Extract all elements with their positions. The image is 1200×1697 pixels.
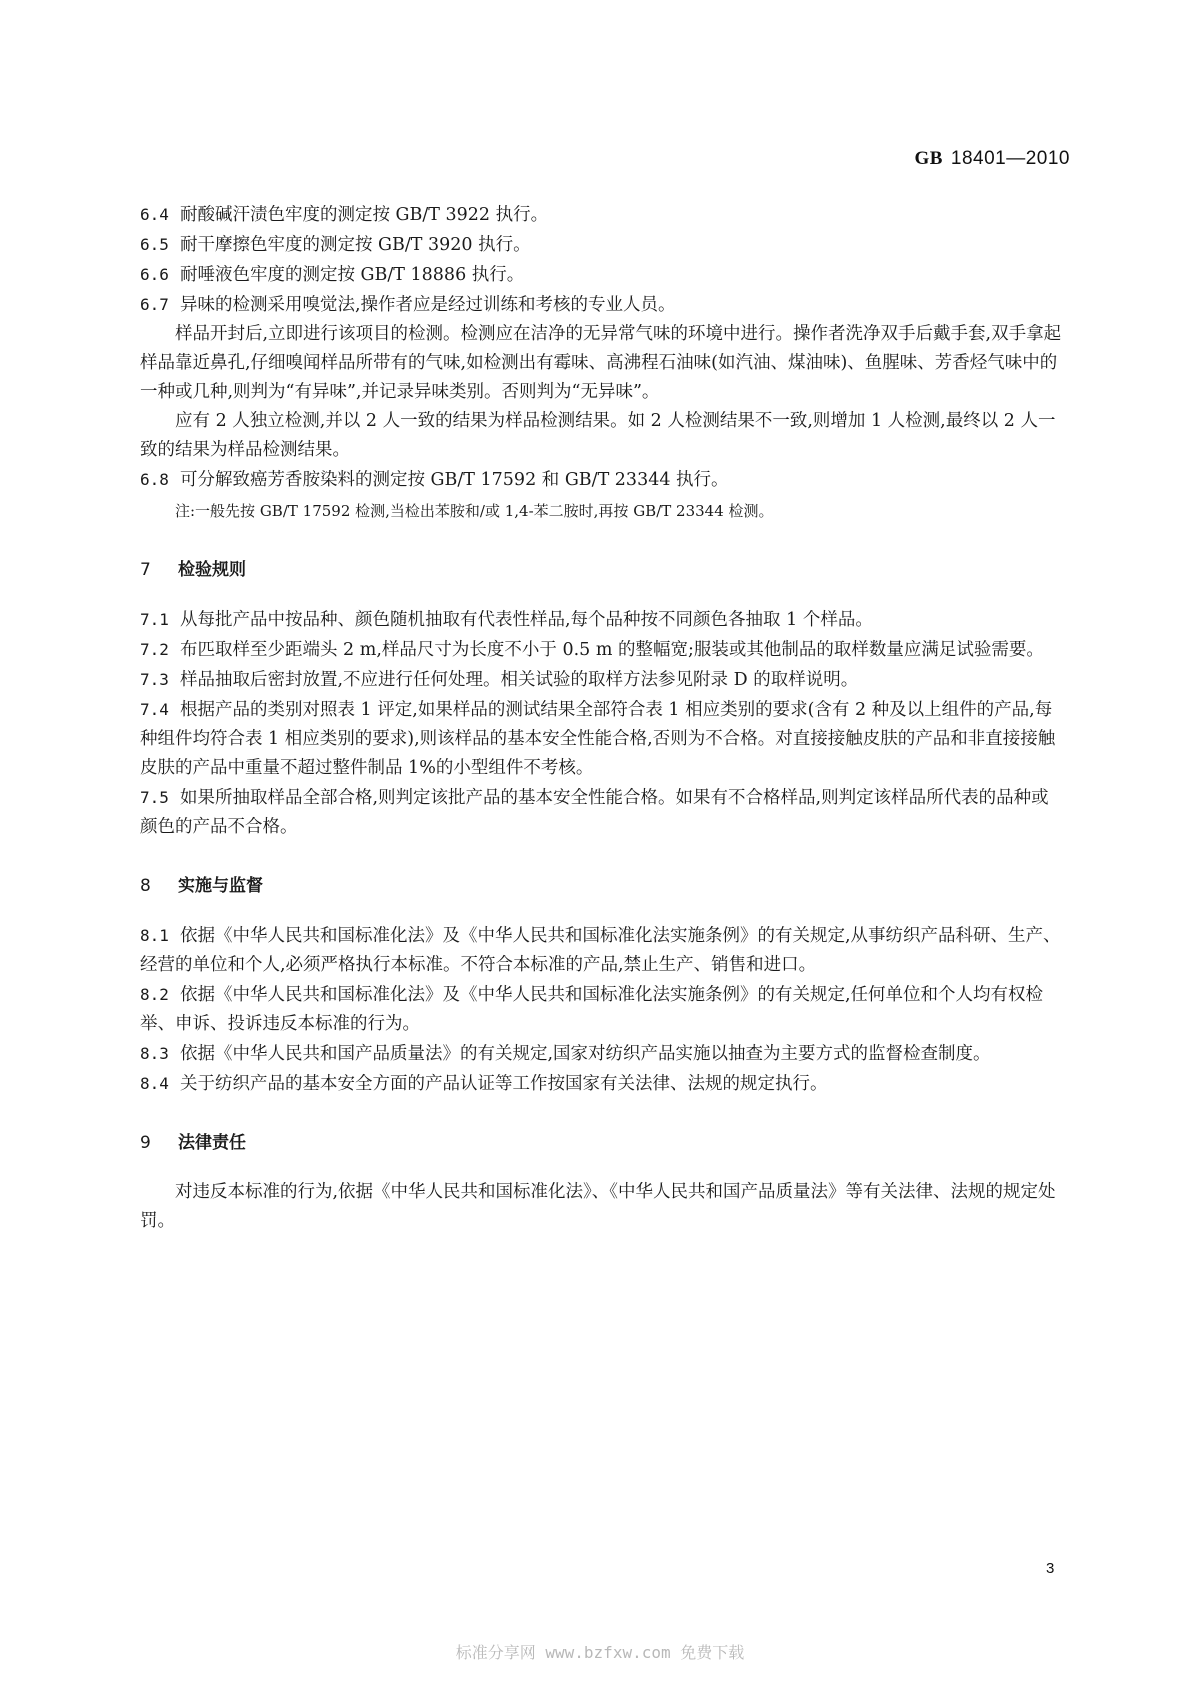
page-number: 3: [1046, 1560, 1054, 1577]
clause-number: 7.1: [140, 605, 180, 634]
clause-8-1: 8.1依据《中华人民共和国标准化法》及《中华人民共和国标准化法实施条例》的有关规…: [140, 921, 1065, 980]
clause-number: 7.2: [140, 635, 180, 664]
clause-number: 7.4: [140, 695, 180, 724]
standard-number: 18401—2010: [951, 148, 1070, 169]
clause-8-2: 8.2依据《中华人民共和国标准化法》及《中华人民共和国标准化法实施条例》的有关规…: [140, 980, 1065, 1039]
clause-6-5: 6.5耐干摩擦色牢度的测定按 GB/T 3920 执行。: [140, 230, 1065, 260]
document-body: 6.4耐酸碱汗渍色牢度的测定按 GB/T 3922 执行。 6.5耐干摩擦色牢度…: [140, 200, 1065, 1236]
clause-text: 根据产品的类别对照表 1 评定,如果样品的测试结果全部符合表 1 相应类别的要求…: [140, 700, 1055, 778]
clause-7-3: 7.3样品抽取后密封放置,不应进行任何处理。相关试验的取样方法参见附录 D 的取…: [140, 665, 1065, 695]
clause-text: 布匹取样至少距端头 2 m,样品尺寸为长度不小于 0.5 m 的整幅宽;服装或其…: [180, 640, 1044, 660]
clause-number: 6.8: [140, 465, 180, 494]
clause-number: 8.2: [140, 980, 180, 1009]
paragraph-odor-procedure: 样品开封后,立即进行该项目的检测。检测应在洁净的无异常气味的环境中进行。操作者洗…: [140, 320, 1065, 407]
section-number: 8: [140, 872, 178, 901]
clause-number: 6.4: [140, 200, 180, 229]
clause-text: 从每批产品中按品种、颜色随机抽取有代表性样品,每个品种按不同颜色各抽取 1 个样…: [180, 610, 873, 630]
clause-8-4: 8.4关于纺织产品的基本安全方面的产品认证等工作按国家有关法律、法规的规定执行。: [140, 1069, 1065, 1099]
clause-7-1: 7.1从每批产品中按品种、颜色随机抽取有代表性样品,每个品种按不同颜色各抽取 1…: [140, 605, 1065, 635]
clause-text: 依据《中华人民共和国产品质量法》的有关规定,国家对纺织产品实施以抽查为主要方式的…: [180, 1044, 991, 1064]
note: 注:一般先按 GB/T 17592 检测,当检出苯胺和/或 1,4-苯二胺时,再…: [140, 497, 1065, 526]
section-number: 7: [140, 556, 178, 585]
clause-number: 7.5: [140, 783, 180, 812]
clause-6-6: 6.6耐唾液色牢度的测定按 GB/T 18886 执行。: [140, 260, 1065, 290]
section-heading-7: 7检验规则: [140, 556, 1065, 585]
clause-number: 6.5: [140, 230, 180, 259]
clause-text: 耐唾液色牢度的测定按 GB/T 18886 执行。: [180, 265, 524, 285]
clause-text: 可分解致癌芳香胺染料的测定按 GB/T 17592 和 GB/T 23344 执…: [180, 470, 729, 490]
clause-6-7: 6.7异味的检测采用嗅觉法,操作者应是经过训练和考核的专业人员。: [140, 290, 1065, 320]
clause-6-8: 6.8可分解致癌芳香胺染料的测定按 GB/T 17592 和 GB/T 2334…: [140, 465, 1065, 495]
clause-number: 8.1: [140, 921, 180, 950]
clause-number: 6.6: [140, 260, 180, 289]
clause-number: 6.7: [140, 290, 180, 319]
clause-text: 耐干摩擦色牢度的测定按 GB/T 3920 执行。: [180, 235, 531, 255]
section-heading-9: 9法律责任: [140, 1129, 1065, 1158]
clause-text: 依据《中华人民共和国标准化法》及《中华人民共和国标准化法实施条例》的有关规定,任…: [140, 985, 1043, 1034]
clause-text: 异味的检测采用嗅觉法,操作者应是经过训练和考核的专业人员。: [180, 295, 676, 315]
clause-number: 7.3: [140, 665, 180, 694]
section-title: 实施与监督: [178, 876, 263, 896]
clause-7-4: 7.4根据产品的类别对照表 1 评定,如果样品的测试结果全部符合表 1 相应类别…: [140, 695, 1065, 783]
clause-text: 依据《中华人民共和国标准化法》及《中华人民共和国标准化法实施条例》的有关规定,从…: [140, 926, 1061, 975]
section-number: 9: [140, 1129, 178, 1158]
clause-text: 如果所抽取样品全部合格,则判定该批产品的基本安全性能合格。如果有不合格样品,则判…: [140, 788, 1049, 837]
section-title: 检验规则: [178, 560, 246, 580]
standard-code: GB18401—2010: [914, 148, 1070, 170]
section-title: 法律责任: [178, 1133, 246, 1153]
clause-text: 样品抽取后密封放置,不应进行任何处理。相关试验的取样方法参见附录 D 的取样说明…: [180, 670, 858, 690]
clause-7-5: 7.5如果所抽取样品全部合格,则判定该批产品的基本安全性能合格。如果有不合格样品…: [140, 783, 1065, 842]
paragraph-legal-liability: 对违反本标准的行为,依据《中华人民共和国标准化法》、《中华人民共和国产品质量法》…: [140, 1178, 1065, 1236]
clause-number: 8.4: [140, 1069, 180, 1098]
clause-7-2: 7.2布匹取样至少距端头 2 m,样品尺寸为长度不小于 0.5 m 的整幅宽;服…: [140, 635, 1065, 665]
clause-8-3: 8.3依据《中华人民共和国产品质量法》的有关规定,国家对纺织产品实施以抽查为主要…: [140, 1039, 1065, 1069]
section-heading-8: 8实施与监督: [140, 872, 1065, 901]
clause-6-4: 6.4耐酸碱汗渍色牢度的测定按 GB/T 3922 执行。: [140, 200, 1065, 230]
paragraph-odor-testers: 应有 2 人独立检测,并以 2 人一致的结果为样品检测结果。如 2 人检测结果不…: [140, 407, 1065, 465]
standard-prefix: GB: [914, 148, 942, 169]
clause-text: 耐酸碱汗渍色牢度的测定按 GB/T 3922 执行。: [180, 205, 548, 225]
clause-number: 8.3: [140, 1039, 180, 1068]
watermark: 标准分享网 www.bzfxw.com 免费下载: [0, 1640, 1200, 1663]
clause-text: 关于纺织产品的基本安全方面的产品认证等工作按国家有关法律、法规的规定执行。: [180, 1074, 828, 1094]
